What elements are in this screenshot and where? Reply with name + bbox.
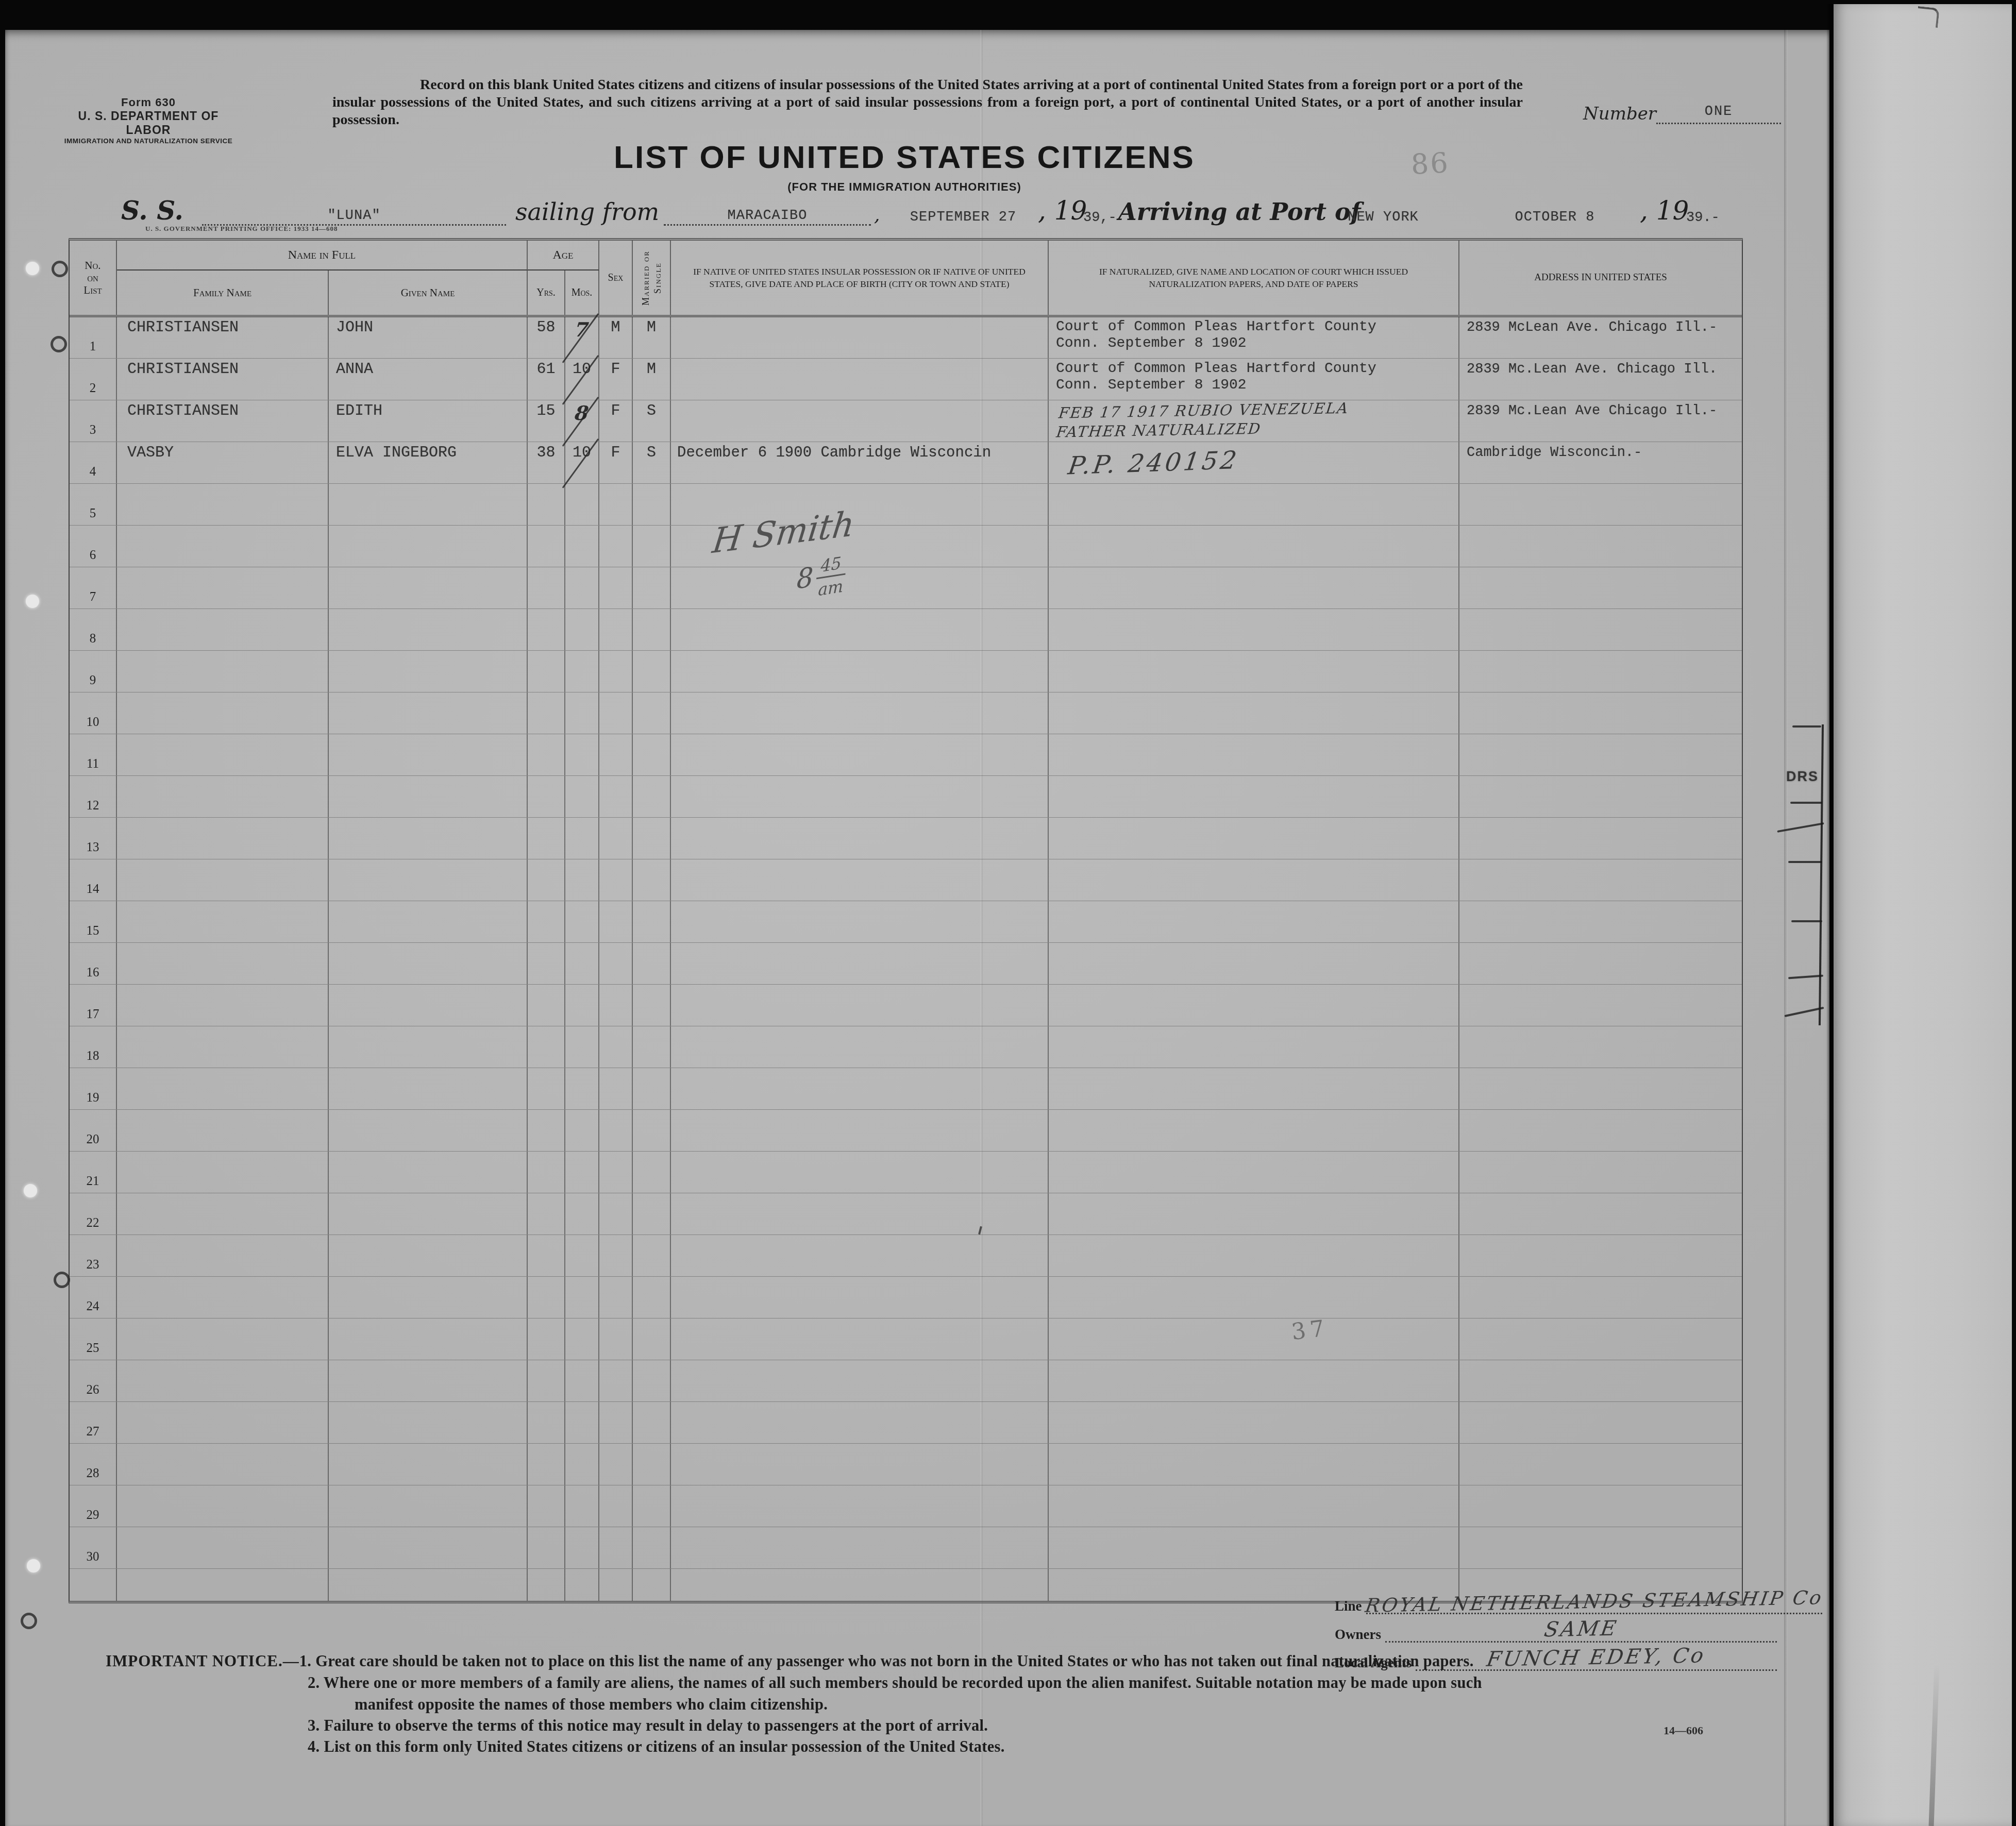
age-years [528,609,564,611]
punch-hole [54,1272,70,1288]
given-name: ANNA [329,359,527,378]
row-number: 20 [87,1132,99,1147]
birth-cell [671,1444,1049,1485]
age-years-cell [528,1527,565,1568]
birth-value [671,400,1048,402]
col-header-birth: If native of United States insular posse… [671,241,1049,315]
married-single-cell [633,692,671,734]
row-number-cell: 15 [70,901,117,942]
punch-hole [51,336,67,352]
local-agents-value: FUNCH EDEY, Co [1485,1644,1707,1671]
col-header-mos: Mos. [565,270,599,315]
row-number: 4 [90,465,96,479]
given-name: ELVA INGEBORG [329,442,527,462]
agency-block: Form 630 U. S. DEPARTMENT OF LABOR IMMIG… [62,96,235,145]
married-single-value [633,484,670,486]
number-value: ONE [1705,104,1733,123]
given-name-cell [329,1527,528,1568]
col-header-sex: Sex [599,241,633,315]
family-name-cell [117,1318,329,1360]
row-number: 2 [90,381,96,396]
naturalization-cell [1049,818,1459,859]
sex-value [599,1235,632,1237]
family-name [117,985,328,987]
married-single-value [633,526,670,528]
address-cell [1459,859,1742,901]
given-name [329,985,527,987]
row-number: 10 [87,715,99,730]
birth-cell [671,317,1049,358]
age-months-cell [565,776,599,817]
birth-cell [671,1360,1049,1401]
age-months-cell [565,1485,599,1527]
given-name [329,1193,527,1195]
birth-cell [671,901,1049,942]
sex-value [599,567,632,569]
address-cell [1459,1318,1742,1360]
address-value [1459,1235,1742,1237]
address-cell [1459,985,1742,1026]
birth-cell [671,1235,1049,1276]
important-notice-line-2: 2. Where one or more members of a family… [308,1674,1482,1692]
row-number-cell: 20 [70,1110,117,1151]
given-name-cell [329,776,528,817]
sex-cell: F [599,400,633,442]
birth-value [671,1444,1048,1446]
age-years [528,692,564,695]
married-single-value [633,1277,670,1279]
time-fraction: 45 am [816,552,846,600]
line-value: ROYAL NETHERLANDS STEAMSHIP Co [1364,1586,1825,1616]
tally-tick [1790,802,1822,804]
row-number-cell: 24 [70,1277,117,1318]
family-name-cell [117,1485,329,1527]
age-years [528,567,564,569]
family-name-cell [117,1360,329,1401]
age-years-cell [528,1193,565,1235]
sex-cell [599,985,633,1026]
naturalization-cell [1049,1152,1459,1193]
table-row: 28 [70,1444,1742,1485]
age-years: 15 [528,400,564,420]
married-single-value [633,651,670,653]
row-number-cell: 4 [70,442,117,483]
address-cell [1459,567,1742,608]
sex-value [599,1026,632,1028]
given-name-cell [329,1318,528,1360]
birth-value [671,1068,1048,1070]
sex-value [599,1402,632,1404]
birth-value [671,1402,1048,1404]
age-months-cell [565,901,599,942]
age-years-cell: 15 [528,400,565,442]
age-years: 58 [528,317,564,336]
age-years-cell [528,1235,565,1276]
table-row: 18 [70,1026,1742,1068]
birth-value [671,1485,1048,1487]
given-name: EDITH [329,400,527,420]
given-name [329,651,527,653]
address-value: 2839 Mc.Lean Ave. Chicago Ill. [1459,359,1742,378]
punch-hole [26,595,39,608]
married-single-value [633,1318,670,1321]
birth-value [671,818,1048,820]
naturalization-value: Court of Common Pleas Hartford County Co… [1049,359,1458,394]
given-name [329,1152,527,1154]
address-value [1459,1152,1742,1154]
table-row: 9 [70,651,1742,692]
age-years-cell [528,1277,565,1318]
married-single-cell [633,1360,671,1401]
age-years [528,651,564,653]
service-name: IMMIGRATION AND NATURALIZATION SERVICE [62,137,235,145]
sex-value [599,776,632,778]
important-notice-line-3: 3. Failure to observe the terms of this … [308,1717,988,1735]
age-months-cell [565,692,599,734]
family-name: CHRISTIANSEN [117,359,328,378]
married-single-value [633,1402,670,1404]
family-name-cell [117,692,329,734]
birth-cell [671,400,1049,442]
married-single-value [633,609,670,611]
table-row: 12 [70,776,1742,818]
married-single-value: M [633,317,670,336]
birth-value [671,1277,1048,1279]
address-value [1459,985,1742,987]
birth-cell [671,1402,1049,1443]
given-name-cell [329,1068,528,1109]
sheet-edge-shadow [1826,4,1834,1826]
age-months-cell [565,1360,599,1401]
table-row: 29 [70,1485,1742,1527]
age-years [528,1318,564,1321]
family-name-cell [117,1527,329,1568]
family-name [117,1152,328,1154]
sex-cell [599,1444,633,1485]
sex-cell [599,901,633,942]
line-rule: ROYAL NETHERLANDS STEAMSHIP Co [1366,1588,1823,1614]
age-years [528,1527,564,1529]
birth-value [671,776,1048,778]
family-name: VASBY [117,442,328,462]
row-number: 9 [90,673,96,688]
sex-cell: M [599,317,633,358]
row-number-cell: 12 [70,776,117,817]
naturalization-cell [1049,1402,1459,1443]
birth-cell [671,734,1049,775]
age-years [528,1277,564,1279]
married-single-value [633,1193,670,1195]
family-name-cell: CHRISTIANSEN [117,359,329,400]
sex-value [599,1527,632,1529]
sex-cell [599,1277,633,1318]
given-name [329,567,527,569]
family-name-cell [117,985,329,1026]
given-name-cell [329,1026,528,1068]
naturalization-cell [1049,901,1459,942]
naturalization-cell [1049,484,1459,525]
row-number-cell: 29 [70,1485,117,1527]
family-name: CHRISTIANSEN [117,317,328,336]
married-single-value [633,1068,670,1070]
married-single-cell [633,1527,671,1568]
tally-tick [1792,725,1821,728]
row-number: 23 [87,1258,99,1272]
married-single-cell: M [633,317,671,358]
address-value [1459,1026,1742,1028]
given-name-cell [329,1152,528,1193]
sex-value [599,1277,632,1279]
col-header-given-name: Given Name [329,270,528,315]
address-cell [1459,734,1742,775]
naturalization-cell [1049,651,1459,692]
age-months-cell [565,1402,599,1443]
married-single-cell [633,1152,671,1193]
age-years [528,1402,564,1404]
family-name [117,943,328,945]
owners-value: SAME [1542,1617,1620,1642]
age-years-cell [528,1152,565,1193]
given-name [329,1485,527,1487]
col-header-family-name: Family Name [117,270,329,315]
row-number-cell: 8 [70,609,117,650]
row-number-cell: 3 [70,400,117,442]
row-number: 21 [87,1174,99,1189]
row-number: 16 [87,966,99,980]
age-years-cell [528,1444,565,1485]
married-single-cell [633,1485,671,1527]
birth-value [671,359,1048,361]
age-years-cell: 61 [528,359,565,400]
married-single-cell [633,1235,671,1276]
page-subtitle: (FOR THE IMMIGRATION AUTHORITIES) [286,180,1523,194]
address-cell [1459,1235,1742,1276]
birth-cell: December 6 1900 Cambridge Wisconcin [671,442,1049,483]
owners-rule: SAME [1385,1616,1777,1643]
age-months-cell: 8 [565,400,599,442]
married-single-cell [633,985,671,1026]
married-single-value [633,901,670,903]
sex-cell [599,1360,633,1401]
birth-value [671,317,1048,319]
departure-date-rule: SEPTEMBER 27 [891,200,1036,226]
line-row: Line ROYAL NETHERLANDS STEAMSHIP Co [1335,1586,1777,1614]
sex-value [599,818,632,820]
age-years-cell [528,1360,565,1401]
married-single-value [633,1152,670,1154]
naturalization-cell [1049,1277,1459,1318]
married-single-cell [633,818,671,859]
age-years [528,1444,564,1446]
year-printed-2: , 19 [1640,196,1689,226]
naturalization-cell [1049,526,1459,567]
row-number: 30 [87,1550,99,1564]
sex-cell [599,1235,633,1276]
row-number: 3 [90,423,96,437]
given-name [329,692,527,695]
family-name-cell [117,943,329,984]
naturalization-cell [1049,1193,1459,1235]
age-years [528,1485,564,1487]
given-name-cell [329,567,528,608]
col-header-naturalization: If naturalized, give name and location o… [1049,241,1459,315]
address-value [1459,1110,1742,1112]
age-years [528,901,564,903]
family-name [117,1318,328,1321]
sex-cell [599,1485,633,1527]
row-number: 14 [87,882,99,897]
tally-tick [1788,861,1822,863]
row-number: 17 [87,1007,99,1022]
address-value [1459,1402,1742,1404]
given-name-cell [329,1485,528,1527]
sex-value [599,1360,632,1362]
birth-value [671,1110,1048,1112]
age-years [528,1152,564,1154]
address-cell: 2839 Mc.Lean Ave. Chicago Ill. [1459,359,1742,400]
age-months-cell [565,818,599,859]
table-row: 8 [70,609,1742,651]
row-number-cell: 13 [70,818,117,859]
address-cell [1459,1026,1742,1068]
naturalization-cell [1049,1527,1459,1568]
address-cell [1459,1152,1742,1193]
table-row: 21 [70,1152,1742,1193]
important-notice-heading: IMPORTANT NOTICE.— [106,1652,299,1670]
sex-cell [599,609,633,650]
married-single-cell [633,1026,671,1068]
arrival-port: NEW YORK [1348,210,1419,226]
punch-hole [26,262,39,275]
birth-value [671,1527,1048,1529]
birth-value [671,1360,1048,1362]
family-name [117,651,328,653]
family-name-cell [117,901,329,942]
birth-cell [671,1318,1049,1360]
col-header-no-on-list: No. on List [70,241,117,315]
address-cell [1459,1402,1742,1443]
given-name-cell [329,1110,528,1151]
birth-value [671,692,1048,695]
birth-value [671,651,1048,653]
given-name [329,943,527,945]
table-row: 19 [70,1068,1742,1110]
sex-value [599,1068,632,1070]
given-name-cell [329,484,528,525]
birth-value: December 6 1900 Cambridge Wisconcin [671,442,1048,462]
naturalization-cell [1049,1360,1459,1401]
corner-fold-mark [1916,6,1940,28]
age-months-cell [565,1193,599,1235]
given-name-cell [329,943,528,984]
row-number-cell: 5 [70,484,117,525]
table-row: 30 [70,1527,1742,1569]
birth-value [671,567,1048,569]
departure-date: SEPTEMBER 27 [910,210,1016,226]
age-months-cell [565,651,599,692]
given-name-cell: EDITH [329,400,528,442]
address-cell [1459,692,1742,734]
age-months-cell [565,609,599,650]
birth-value [671,1235,1048,1237]
age-years-cell [528,985,565,1026]
married-single-value: M [633,359,670,378]
family-name [117,818,328,820]
birth-value [671,859,1048,861]
married-single-cell [633,1318,671,1360]
given-name-cell [329,651,528,692]
age-years [528,1110,564,1112]
age-years-cell: 58 [528,317,565,358]
address-value [1459,1485,1742,1487]
sex-value: F [599,442,632,462]
manifest-table: No. on List Name in Full Family Name Giv… [69,238,1743,1603]
time-hour: 8 [796,562,814,596]
family-name [117,609,328,611]
given-name: JOHN [329,317,527,336]
naturalization-handwritten: FEB 17 1917 RUBIO VENEZUELA FATHER NATUR… [1046,397,1461,442]
age-months-cell [565,1152,599,1193]
col-header-yrs: Yrs. [528,270,565,315]
departure-port: MARACAIBO [728,208,808,224]
table-row: 24 [70,1277,1742,1318]
given-name-cell [329,1235,528,1276]
age-months-cell: 10 [565,359,599,400]
naturalization-cell [1049,692,1459,734]
table-row: 17 [70,985,1742,1026]
table-row: 5 [70,484,1742,526]
sex-cell [599,776,633,817]
age-months-cell [565,484,599,525]
given-name [329,1277,527,1279]
table-row: 14 [70,859,1742,901]
married-single-cell [633,1068,671,1109]
birth-value [671,734,1048,736]
age-months-cell [565,567,599,608]
owners-label: Owners [1335,1627,1385,1643]
address-cell [1459,1527,1742,1568]
age-months-cell [565,1277,599,1318]
department-name: U. S. DEPARTMENT OF LABOR [62,109,235,137]
row-number-cell: 25 [70,1318,117,1360]
family-name-cell: VASBY [117,442,329,483]
birth-cell [671,1527,1049,1568]
married-single-cell [633,1193,671,1235]
given-name [329,1402,527,1404]
birth-value [671,1026,1048,1028]
family-name-cell [117,526,329,567]
row-number: 15 [87,924,99,938]
row-number: 6 [90,548,96,563]
sex-cell [599,818,633,859]
table-row: 27 [70,1402,1742,1444]
sex-cell [599,1026,633,1068]
naturalization-cell [1049,1485,1459,1527]
age-years-cell [528,1026,565,1068]
row-number: 11 [87,757,99,771]
family-name [117,1193,328,1195]
table-row: 22 [70,1193,1742,1235]
table-row: 26 [70,1360,1742,1402]
row-number-cell: 17 [70,985,117,1026]
address-value [1459,1318,1742,1321]
family-name [117,1527,328,1529]
family-name-cell [117,1152,329,1193]
married-single-value [633,1235,670,1237]
birth-cell [671,859,1049,901]
table-row: 10 [70,692,1742,734]
given-name-cell: ANNA [329,359,528,400]
